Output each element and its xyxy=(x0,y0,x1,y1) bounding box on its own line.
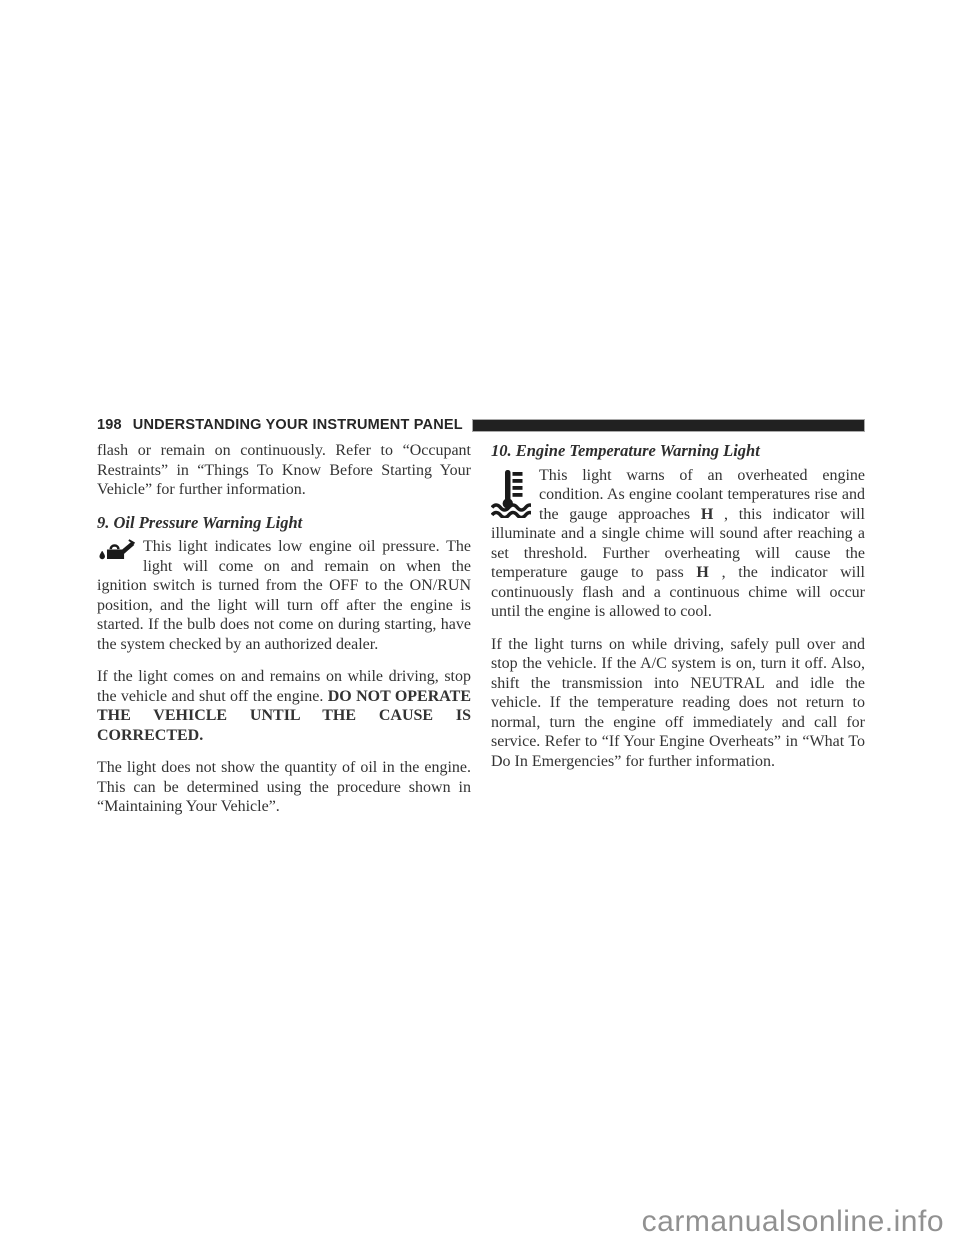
oil-section-heading: 9. Oil Pressure Warning Light xyxy=(97,513,471,533)
header-bar xyxy=(472,419,865,432)
left-column: flash or remain on continuously. Refer t… xyxy=(97,441,471,830)
intro-paragraph: flash or remain on continuously. Refer t… xyxy=(97,441,471,500)
page-number: 198 xyxy=(97,417,122,433)
two-column-layout: flash or remain on continuously. Refer t… xyxy=(97,441,865,830)
watermark: carmanualsonline.info xyxy=(642,1205,944,1239)
right-column: 10. Engine Temperature Warning Light Thi… xyxy=(491,441,865,830)
temp-section-body: This light warns of an overheated engine… xyxy=(491,466,865,622)
header-title: UNDERSTANDING YOUR INSTRUMENT PANEL xyxy=(133,417,463,433)
temp-advice-paragraph: If the light turns on while driving, saf… xyxy=(491,635,865,772)
manual-page: 198 UNDERSTANDING YOUR INSTRUMENT PANEL … xyxy=(97,417,865,830)
temp-section-heading: 10. Engine Temperature Warning Light xyxy=(491,441,865,461)
oil-can-icon xyxy=(97,539,135,573)
oil-section-body: This light indicates low engine oil pres… xyxy=(97,537,471,654)
oil-warning-paragraph: If the light comes on and remains on whi… xyxy=(97,667,471,745)
oil-note-paragraph: The light does not show the quantity of … xyxy=(97,758,471,817)
engine-temperature-icon xyxy=(491,468,531,518)
page-header: 198 UNDERSTANDING YOUR INSTRUMENT PANEL xyxy=(97,417,865,433)
